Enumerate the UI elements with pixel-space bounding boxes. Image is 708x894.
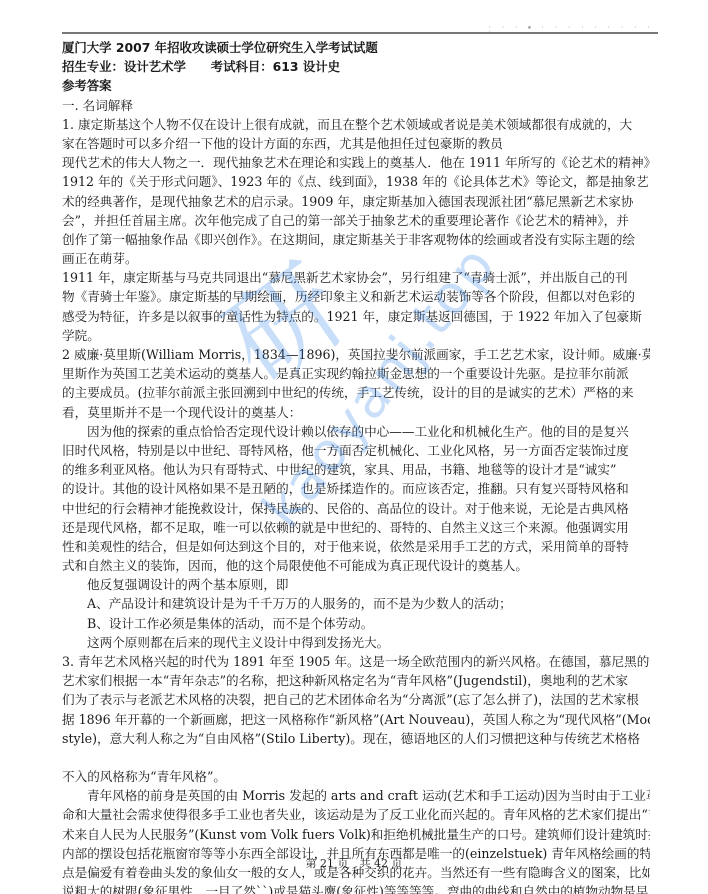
principles-intro: 他反复强调设计的两个基本原则，即 bbox=[62, 575, 650, 594]
body-line: 1912 年的《关于形式问题》、1923 年的《点、线到面》，1938 年的《论… bbox=[62, 172, 650, 191]
body-line: 术来自人民为人民服务”(Kunst vom Volk fuers Volk)和拒… bbox=[62, 825, 650, 844]
body-line: 创作了第一幅抽象作品《即兴创作》。在这期间，康定斯基关于非客观物体的绘画或者没有… bbox=[62, 230, 650, 249]
body-line: 里斯作为英国工艺美术运动的奠基人。是真正实现约翰拉斯金思想的一个重要设计先驱。是… bbox=[62, 364, 650, 383]
body-line: 据 1896 年开幕的一个新画廊，把这一风格称作“新风格”(Art Nouvea… bbox=[62, 710, 650, 729]
body-line: 现代艺术的伟大人物之一．现代抽象艺术在理论和实践上的奠基人．他在 1911 年所… bbox=[62, 153, 650, 172]
body-line: 物《青骑士年鉴》。康定斯基的早期绘画，历经印象主义和新艺术运动装饰等各个阶段，但… bbox=[62, 287, 650, 306]
body-line: 学院。 bbox=[62, 326, 650, 345]
principle-b: B、设计工作必须是集体的活动，而不是个体劳动。 bbox=[62, 614, 650, 633]
body-line: 术的经典著作，是现代抽象艺术的启示录。1909 年，康定斯基加入德国表现派社团“… bbox=[62, 192, 650, 211]
body-line: 会”，并担任首届主席。次年他完成了自己的第一部关于抽象艺术的重要理论著作《论艺术… bbox=[62, 211, 650, 230]
exam-title: 厦门大学 2007 年招收攻读硕士学位研究生入学考试试题 bbox=[62, 38, 650, 57]
body-line: 性和美观性的结合，但是如何达到这个目的，对于他来说，依然是采用手工艺的方式，采用… bbox=[62, 537, 650, 556]
body-line: 艺术家们根据一本“青年杂志”的名称，把这种新风格定名为“青年风格”(Jugend… bbox=[62, 671, 650, 690]
header-rule bbox=[62, 32, 658, 34]
body-line: 1911 年，康定斯基与马克共同退出“慕尼黑新艺术家协会”，另行组建了“青骑士派… bbox=[62, 268, 650, 287]
answer-heading: 参考答案 bbox=[62, 76, 650, 95]
body-line: 因为他的探索的重点恰恰否定现代设计赖以依存的中心——工业化和机械化生产。他的目的… bbox=[62, 422, 650, 441]
principles-outro: 这两个原则都在后来的现代主义设计中得到发扬光大。 bbox=[62, 633, 650, 652]
body-line: 还是现代风格，都不足取，唯一可以依赖的就是中世纪的、哥特的、自然主义这三个来源。… bbox=[62, 518, 650, 537]
body-line: style)，意大利人称之为“自由风格”(Stilo Liberty)。现在，德… bbox=[62, 729, 650, 748]
body-line: 的维多利亚风格。他认为只有哥特式、中世纪的建筑，家具、用品，书籍、地毯等的设计才… bbox=[62, 460, 650, 479]
body-line: 命和大量社会需求使得很多手工业也者失业，该运动是为了反工业化而兴起的。青年风格的… bbox=[62, 805, 650, 824]
header-dots: · · · ▪ · · · · · · · · · · bbox=[488, 26, 658, 30]
body-line: 中世纪的行会精神才能挽救设计，保持民族的、民俗的、高品位的设计。对于他来说，无论… bbox=[62, 499, 650, 518]
body-line: 的设计。其他的设计风格如果不是丑陋的，也是矫揉造作的。而应该否定，推翻。只有复兴… bbox=[62, 479, 650, 498]
body-line: 家在答题时可以多介绍一下他的设计方面的东西，尤其是他担任过包豪斯的教员 bbox=[62, 134, 650, 153]
body-line: 的主要成员。(拉菲尔前派主张回溯到中世纪的传统，手工艺传统，设计的目的是诚实的艺… bbox=[62, 383, 650, 402]
section-heading: 一. 名词解释 bbox=[62, 96, 650, 115]
page-content: 厦门大学 2007 年招收攻读硕士学位研究生入学考试试题 招生专业：设计艺术学 … bbox=[62, 38, 650, 894]
body-line: 1. 康定斯基这个人物不仅在设计上很有成就，而且在整个艺术领域或者说是美术领域都… bbox=[62, 115, 650, 134]
body-line: 3. 青年艺术风格兴起的时代为 1891 年至 1905 年。这是一场全欧范围内… bbox=[62, 652, 650, 671]
body-line: 旧时代风格，特别是以中世纪、哥特风格，他一方面否定机械化、工业化风格，另一方面否… bbox=[62, 441, 650, 460]
paragraph-gap bbox=[62, 748, 650, 767]
body-line: 感受为特征，许多是以叙事的童话性为特点的。1921 年，康定斯基返回德国，于 1… bbox=[62, 307, 650, 326]
body-line: 看，莫里斯并不是一个现代设计的奠基人： bbox=[62, 403, 650, 422]
body-line: 们为了表示与老派艺术风格的决裂，把自己的艺术团体命名为“分离派”(忘了怎么拼了)… bbox=[62, 690, 650, 709]
exam-subject: 招生专业：设计艺术学 考试科目：613 设计史 bbox=[62, 57, 650, 76]
principle-a: A、产品设计和建筑设计是为千千万万的人服务的，而不是为少数人的活动； bbox=[62, 594, 650, 613]
body-line: 2 威廉·莫里斯(William Morris，1834—1896)，英国拉斐尔… bbox=[62, 345, 650, 364]
body-line: 不入的风格称为“青年风格”。 bbox=[62, 767, 650, 786]
body-line: 说粗大的树跟(象征男性，一目了然``)或是猫头鹰(象征性)等等等等。弯曲的曲线和… bbox=[62, 882, 650, 894]
body-line: 画正在萌芽。 bbox=[62, 249, 650, 268]
page-number: 第 21 页 共 42 页 bbox=[0, 855, 708, 871]
body-line: 式和自然主义的装饰，因而，他的这个局限使他不可能成为真正现代设计的奠基人。 bbox=[62, 556, 650, 575]
document-page: · · · ▪ · · · · · · · · · · 厦门大学 2007 年招… bbox=[0, 0, 708, 894]
body-line: 青年风格的前身是英国的由 Morris 发起的 arts and craft 运… bbox=[62, 786, 650, 805]
